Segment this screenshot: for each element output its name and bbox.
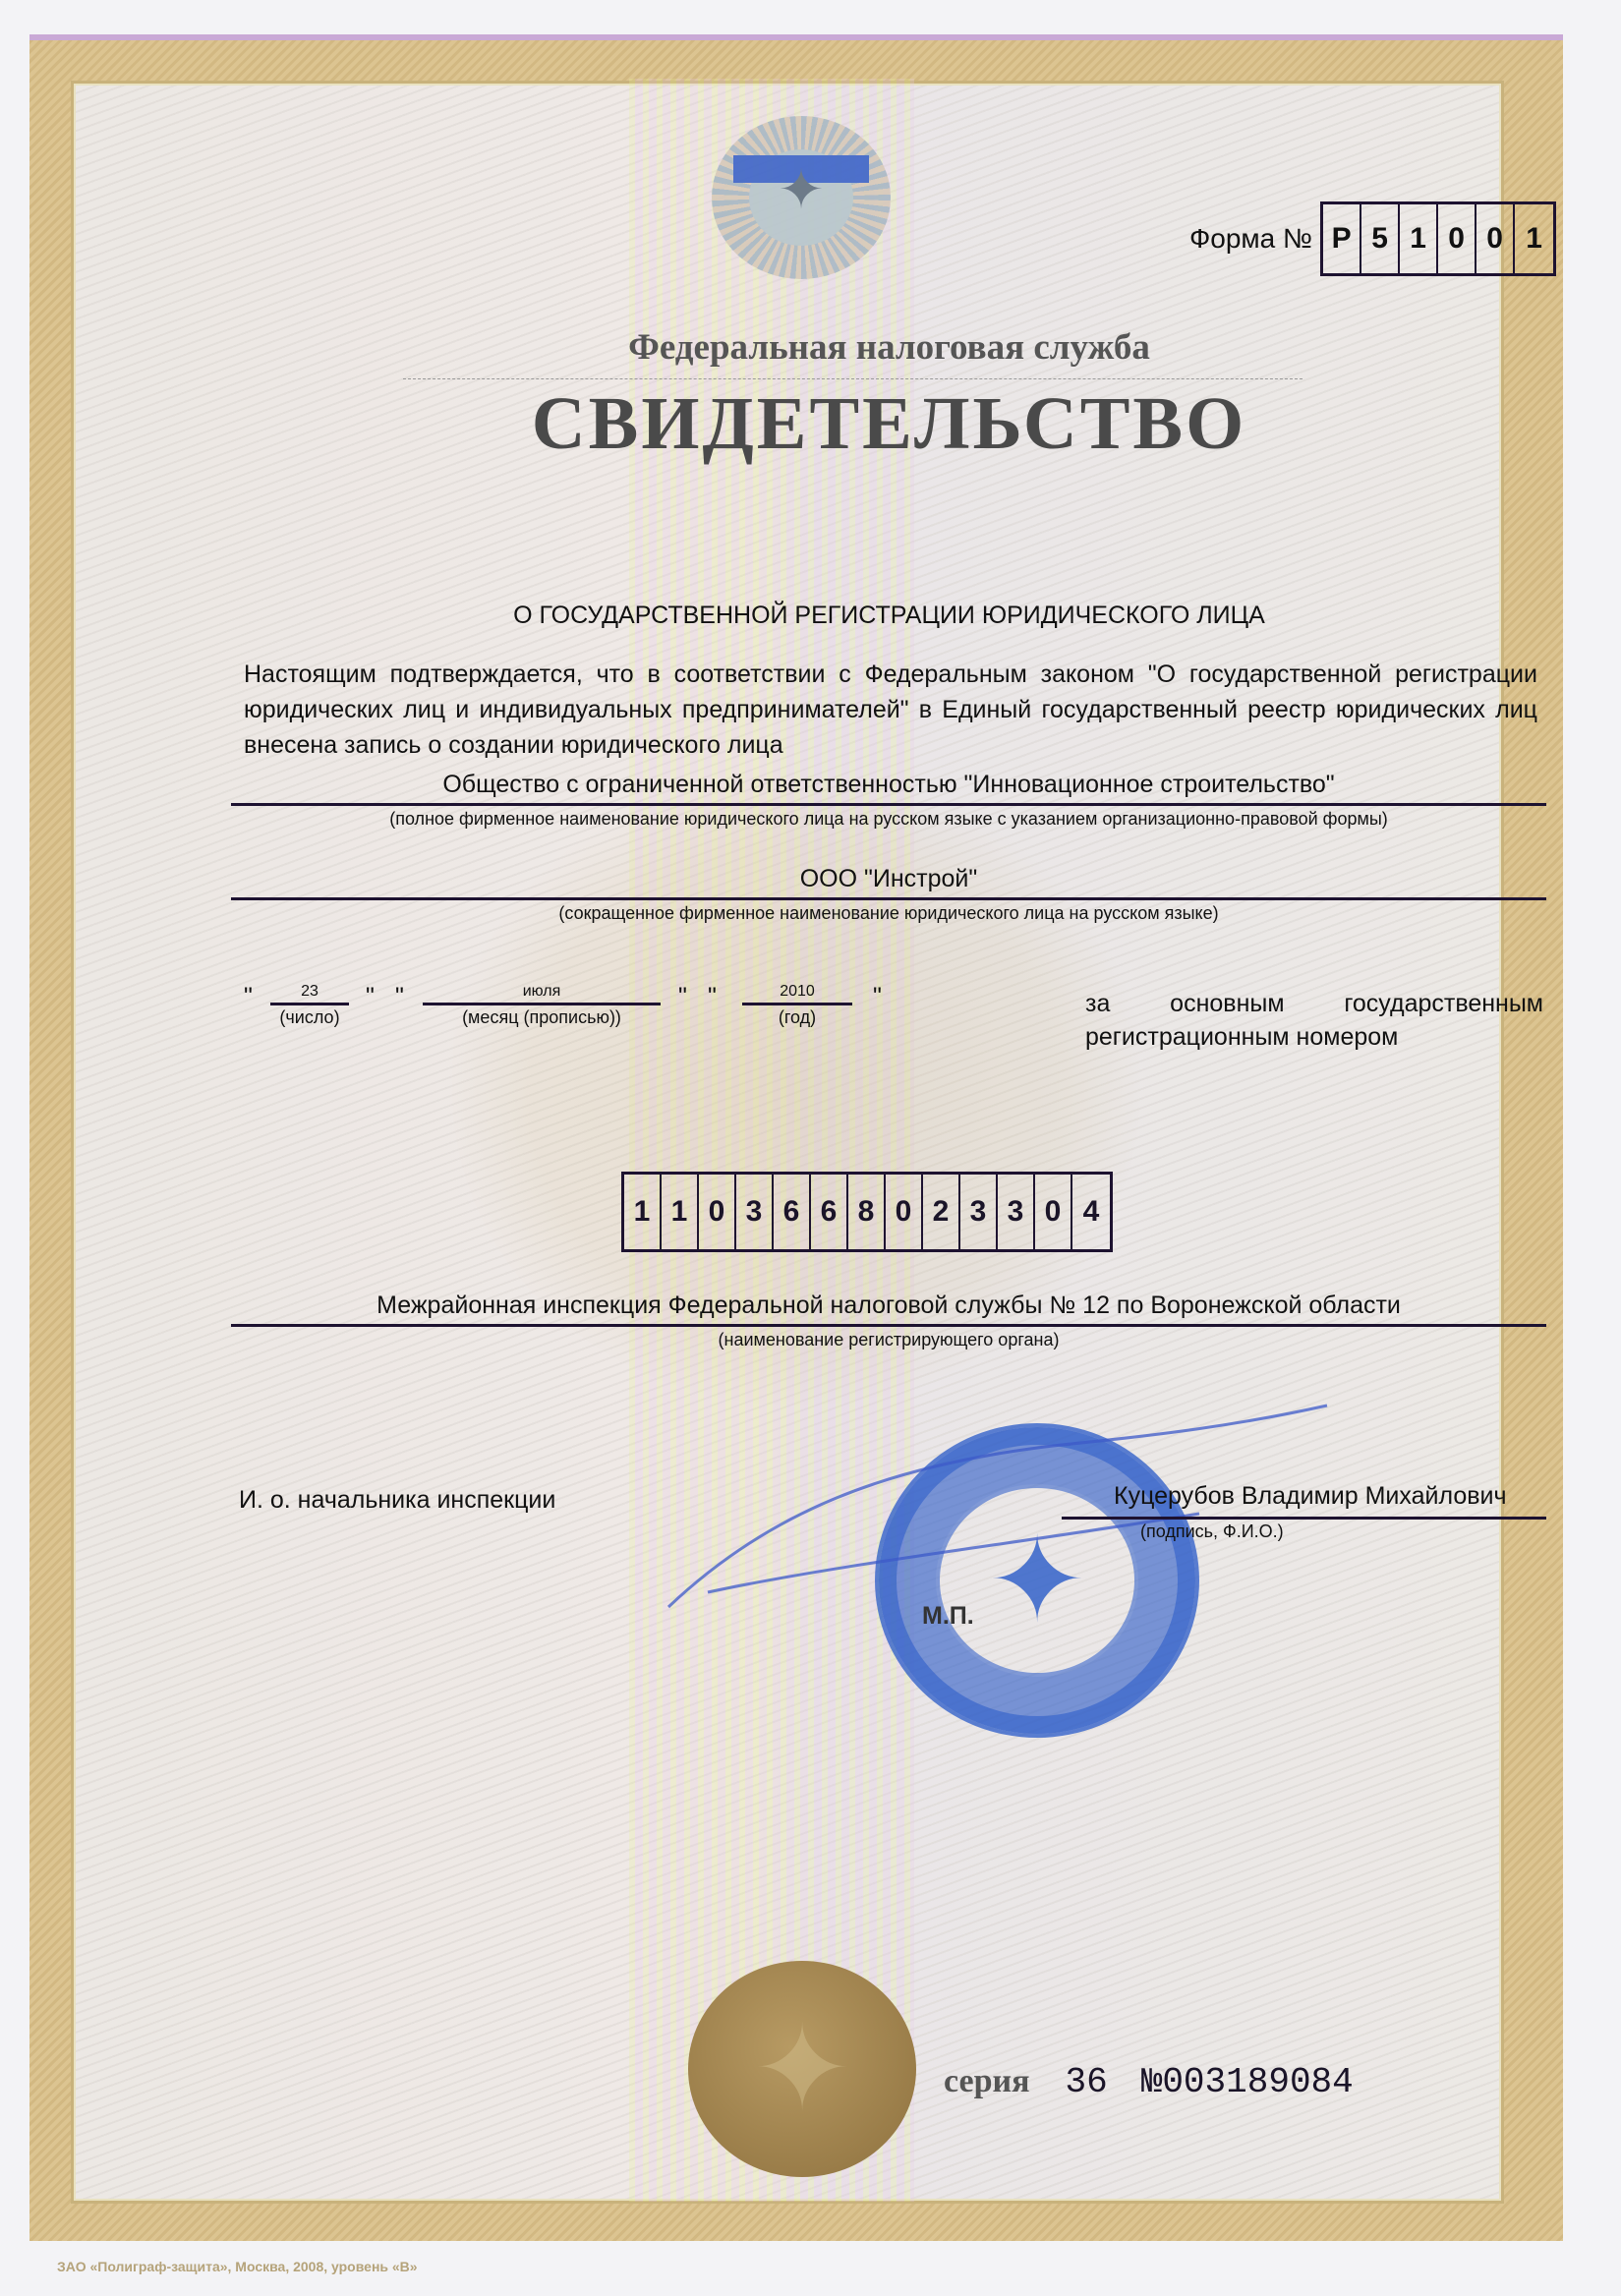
digit-cell: 0: [699, 1175, 736, 1249]
signer-position: И. о. начальника инспекции: [239, 1486, 555, 1515]
short-name-value: ООО "Инстрой": [231, 865, 1546, 897]
digit-cell: 1: [624, 1175, 662, 1249]
digit-cell: 2: [923, 1175, 960, 1249]
digit-cell: 1: [1400, 204, 1438, 273]
digit-cell: Р: [1323, 204, 1361, 273]
document-subtitle: О ГОСУДАРСТВЕННОЙ РЕГИСТРАЦИИ ЮРИДИЧЕСКО…: [0, 602, 1621, 630]
digit-cell: 0: [1035, 1175, 1072, 1249]
hologram-emblem-icon: ✦: [712, 116, 891, 279]
date-day: 23 (число): [270, 983, 349, 1028]
full-name-field: Общество с ограниченной ответственностью…: [231, 771, 1546, 830]
digit-cell: 0: [1438, 204, 1476, 273]
document-title: СВИДЕТЕЛЬСТВО: [0, 381, 1621, 467]
printer-imprint: ЗАО «Полиграф-защита», Москва, 2008, уро…: [57, 2259, 418, 2274]
form-number-label: Форма №: [1189, 223, 1312, 255]
agency-divider: [403, 378, 1303, 379]
signer-name: Куцерубов Владимир Михайлович: [1114, 1482, 1507, 1511]
full-name-caption: (полное фирменное наименование юридическ…: [231, 806, 1546, 830]
authority-caption: (наименование регистрирующего органа): [231, 1327, 1546, 1350]
digit-cell: 0: [886, 1175, 923, 1249]
date-month: июля (месяц (прописью)): [423, 983, 661, 1028]
short-name-caption: (сокращенное фирменное наименование юрид…: [231, 900, 1546, 924]
series-value: 36: [1066, 2062, 1108, 2102]
digit-cell: 6: [774, 1175, 811, 1249]
digit-cell: 3: [960, 1175, 998, 1249]
official-stamp-icon: ✦: [875, 1423, 1199, 1738]
form-code-cells: Р51001: [1320, 201, 1556, 276]
digit-cell: 0: [1476, 204, 1515, 273]
authority-value: Межрайонная инспекция Федеральной налого…: [231, 1291, 1546, 1324]
agency-name: Федеральная налоговая служба: [0, 326, 1621, 369]
registration-number-label: за основным государственным регистрацион…: [1085, 987, 1543, 1054]
digit-cell: 1: [662, 1175, 699, 1249]
digit-cell: 3: [736, 1175, 774, 1249]
stamp-place-label: М.П.: [922, 1602, 974, 1631]
digit-cell: 6: [811, 1175, 848, 1249]
series-number: серия 36 №003189084: [944, 2062, 1354, 2102]
digit-cell: 8: [848, 1175, 886, 1249]
digit-cell: 4: [1072, 1175, 1110, 1249]
series-label: серия: [944, 2063, 1030, 2100]
signature-caption: (подпись, Ф.И.О.): [1140, 1521, 1284, 1542]
short-name-field: ООО "Инстрой" (сокращенное фирменное наи…: [231, 865, 1546, 924]
authority-field: Межрайонная инспекция Федеральной налого…: [231, 1291, 1546, 1350]
certification-text: Настоящим подтверждается, что в соответс…: [244, 657, 1537, 763]
date-year: 2010 (год): [742, 983, 852, 1028]
ogrn-number-cells: 1103668023304: [621, 1172, 1113, 1252]
digit-cell: 3: [998, 1175, 1035, 1249]
digit-cell: 5: [1361, 204, 1400, 273]
signature-line: [1062, 1517, 1546, 1520]
form-number: Форма № Р51001: [1189, 204, 1556, 273]
full-name-value: Общество с ограниченной ответственностью…: [231, 771, 1546, 803]
digit-cell: 1: [1515, 204, 1553, 273]
gold-seal-icon: ✦: [688, 1961, 916, 2177]
serial-number: №003189084: [1141, 2062, 1354, 2102]
